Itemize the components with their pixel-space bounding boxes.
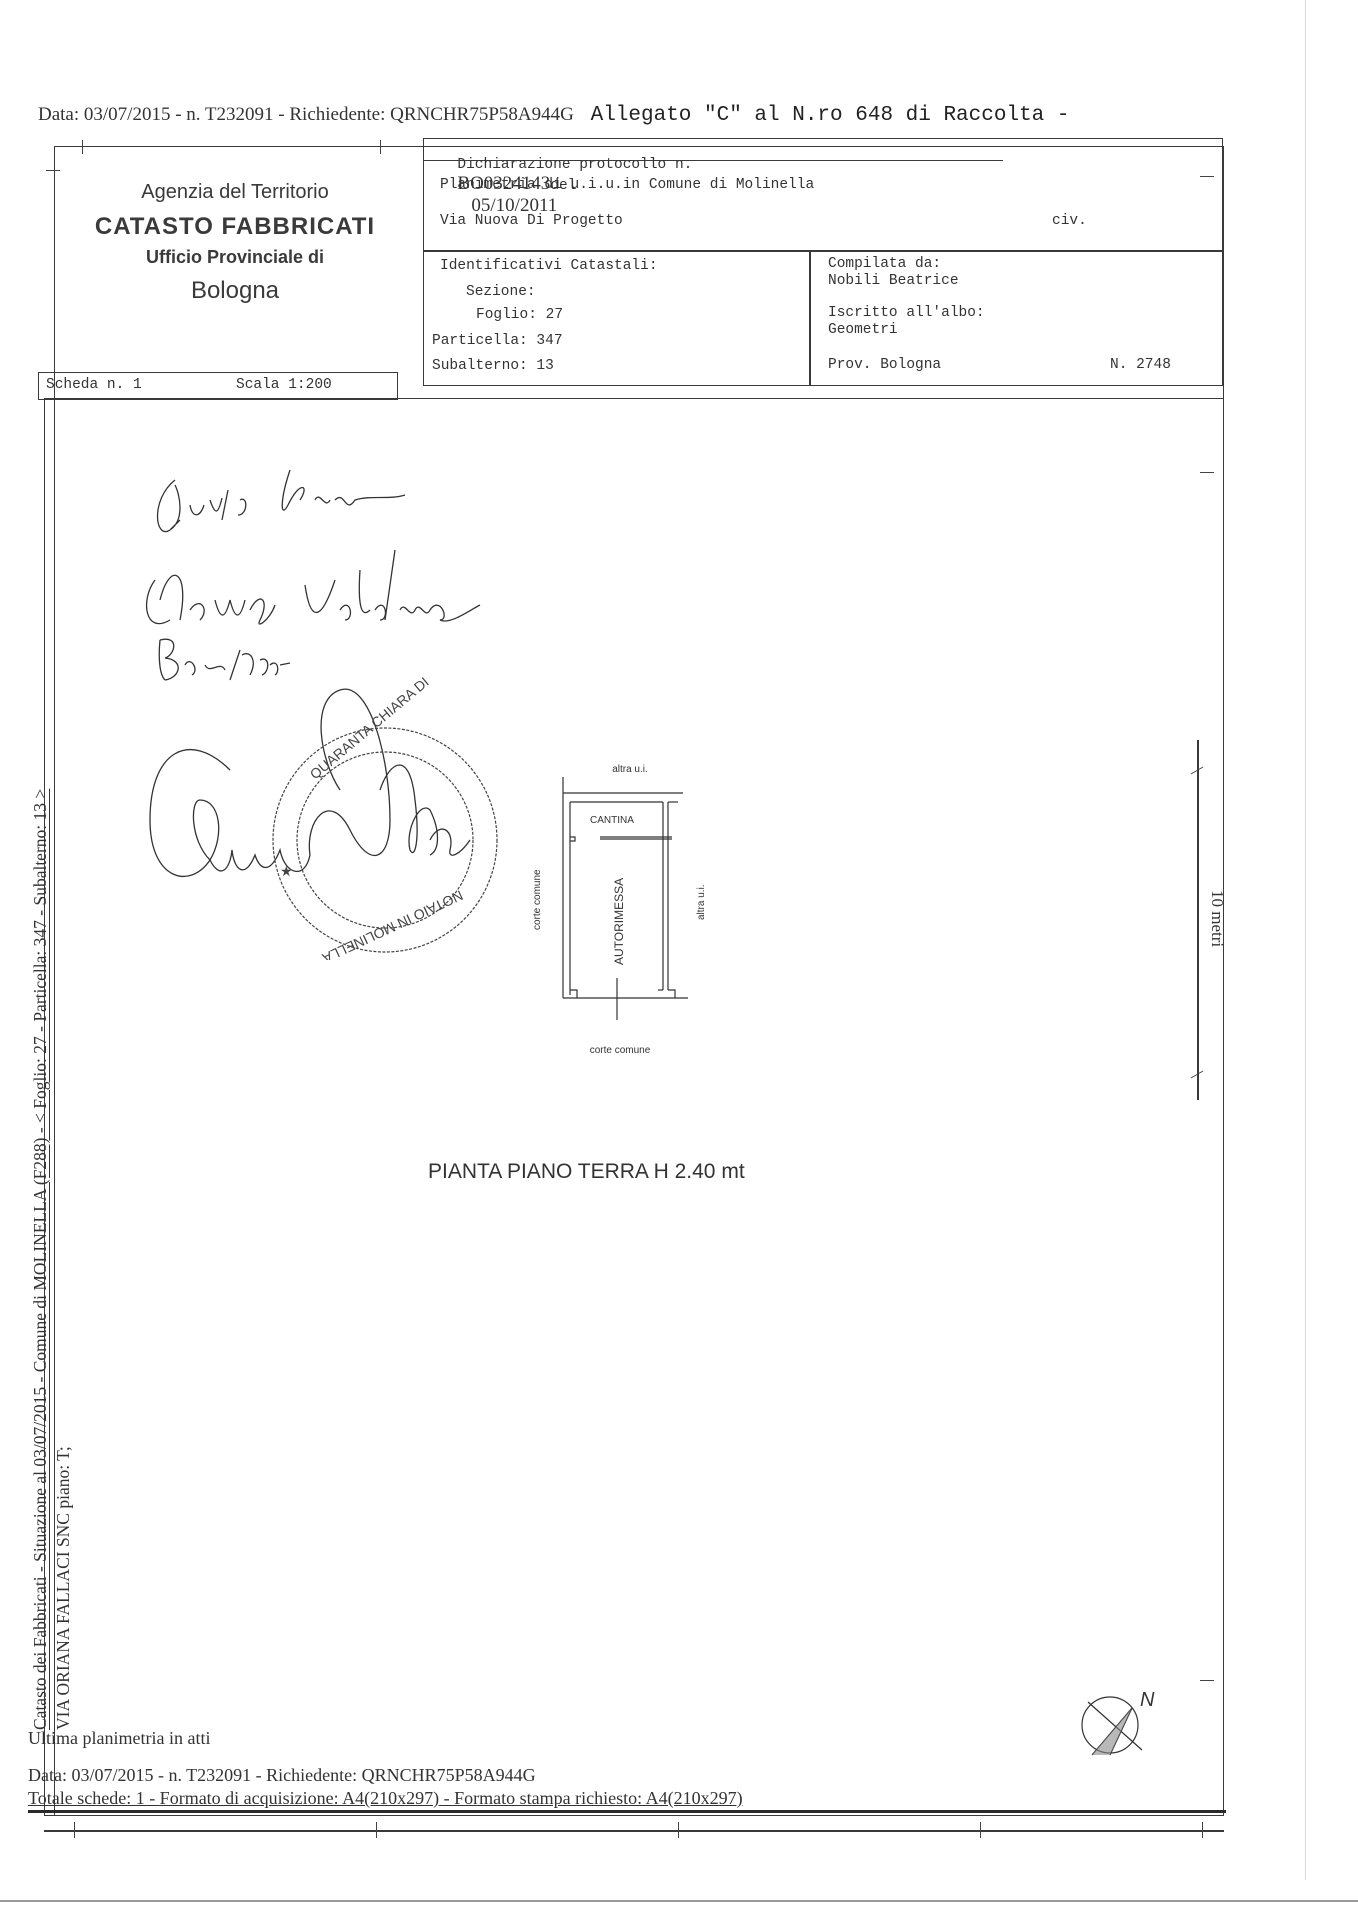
stamp-bottom-text: NOTAIO IN MOLINELLA bbox=[319, 887, 465, 960]
label-cantina: CANTINA bbox=[590, 815, 634, 826]
protocol-underline bbox=[423, 160, 1003, 161]
frame-tick bbox=[82, 140, 83, 154]
footer-request-line: Data: 03/07/2015 - n. T232091 - Richiede… bbox=[28, 1765, 536, 1786]
floor-plan: altra u.i. CANTINA AUTORIMESSA corte com… bbox=[520, 750, 740, 1090]
foglio-value: 27 bbox=[546, 307, 563, 323]
agency-department: CATASTO FABBRICATI bbox=[70, 213, 400, 241]
north-label: N bbox=[1140, 1689, 1155, 1711]
frame-tick bbox=[1202, 1822, 1203, 1838]
frame-tick bbox=[376, 1822, 377, 1838]
side-text-situation: Catasto dei Fabbricati - Situazione al 0… bbox=[30, 580, 51, 1730]
request-header: Data: 03/07/2015 - n. T232091 - Richiede… bbox=[38, 104, 1069, 127]
stamp-star-icon: ★ bbox=[280, 864, 293, 880]
plan-municipality: Planimetria di u.i.u.in Comune di Moline… bbox=[440, 177, 814, 193]
label-altra-ui-top: altra u.i. bbox=[612, 764, 648, 775]
north-arrow-icon: N bbox=[1080, 1670, 1180, 1760]
label-corte-comune-left: corte comune bbox=[532, 869, 543, 930]
scheda-number: Scheda n. 1 bbox=[46, 377, 142, 393]
civic-label: civ. bbox=[1052, 213, 1087, 229]
compiler-number: N. 2748 bbox=[1110, 357, 1171, 373]
scale-bar-label: 10 metri bbox=[1207, 890, 1227, 947]
frame-tick bbox=[380, 140, 381, 154]
particella-value: 347 bbox=[536, 333, 562, 349]
foglio-label: Foglio: bbox=[476, 307, 537, 323]
sezione-label: Sezione: bbox=[466, 284, 536, 300]
frame-tick bbox=[678, 1822, 679, 1838]
footer-totals-line: Totale schede: 1 - Formato di acquisizio… bbox=[28, 1788, 743, 1809]
frame-tick bbox=[1200, 472, 1214, 473]
foglio-row: Foglio: 27 bbox=[476, 307, 563, 323]
footer-divider bbox=[28, 1810, 1226, 1813]
label-corte-comune-bottom: corte comune bbox=[590, 1045, 651, 1056]
compiler-province: Prov. Bologna bbox=[828, 357, 941, 373]
request-line: Data: 03/07/2015 - n. T232091 - Richiede… bbox=[38, 104, 574, 125]
particella-row: Particella: 347 bbox=[432, 333, 563, 349]
side-text-address: VIA ORIANA FALLACI SNC piano: T; bbox=[53, 1380, 74, 1730]
particella-label: Particella: bbox=[432, 333, 528, 349]
frame-tick bbox=[46, 170, 60, 171]
frame-tick bbox=[1200, 1680, 1214, 1681]
stamp-top-text: QUARANTA CHIARA DI bbox=[307, 674, 432, 783]
frame-tick bbox=[980, 1822, 981, 1838]
subalterno-value: 13 bbox=[536, 358, 553, 374]
annex-line: Allegato "C" al N.ro 648 di Raccolta - bbox=[591, 104, 1070, 127]
agency-city: Bologna bbox=[70, 277, 400, 305]
agency-name: Agenzia del Territorio bbox=[70, 181, 400, 204]
register-label: Iscritto all'albo: bbox=[828, 305, 985, 321]
compiler-label: Compilata da: bbox=[828, 256, 941, 272]
label-altra-ui-right: altra u.i. bbox=[696, 884, 707, 920]
frame-tick bbox=[74, 1822, 75, 1838]
scale-bar-line bbox=[1197, 740, 1199, 1100]
bottom-border bbox=[44, 1830, 1224, 1832]
subalterno-label: Subalterno: bbox=[432, 358, 528, 374]
plan-title: PIANTA PIANO TERRA H 2.40 mt bbox=[428, 1160, 745, 1184]
agency-office: Ufficio Provinciale di bbox=[70, 247, 400, 268]
identifiers-title: Identificativi Catastali: bbox=[440, 258, 658, 274]
compiler-name: Nobili Beatrice bbox=[828, 273, 959, 289]
subalterno-row: Subalterno: 13 bbox=[432, 358, 554, 374]
label-autorimessa: AUTORIMESSA bbox=[612, 878, 626, 965]
page-bottom-edge bbox=[0, 1900, 1358, 1902]
last-plan-label: Ultima planimetria in atti bbox=[28, 1728, 210, 1749]
page-edge bbox=[1305, 0, 1306, 1880]
address: Via Nuova Di Progetto bbox=[440, 213, 623, 229]
register-value: Geometri bbox=[828, 322, 898, 338]
scale: Scala 1:200 bbox=[236, 377, 332, 393]
